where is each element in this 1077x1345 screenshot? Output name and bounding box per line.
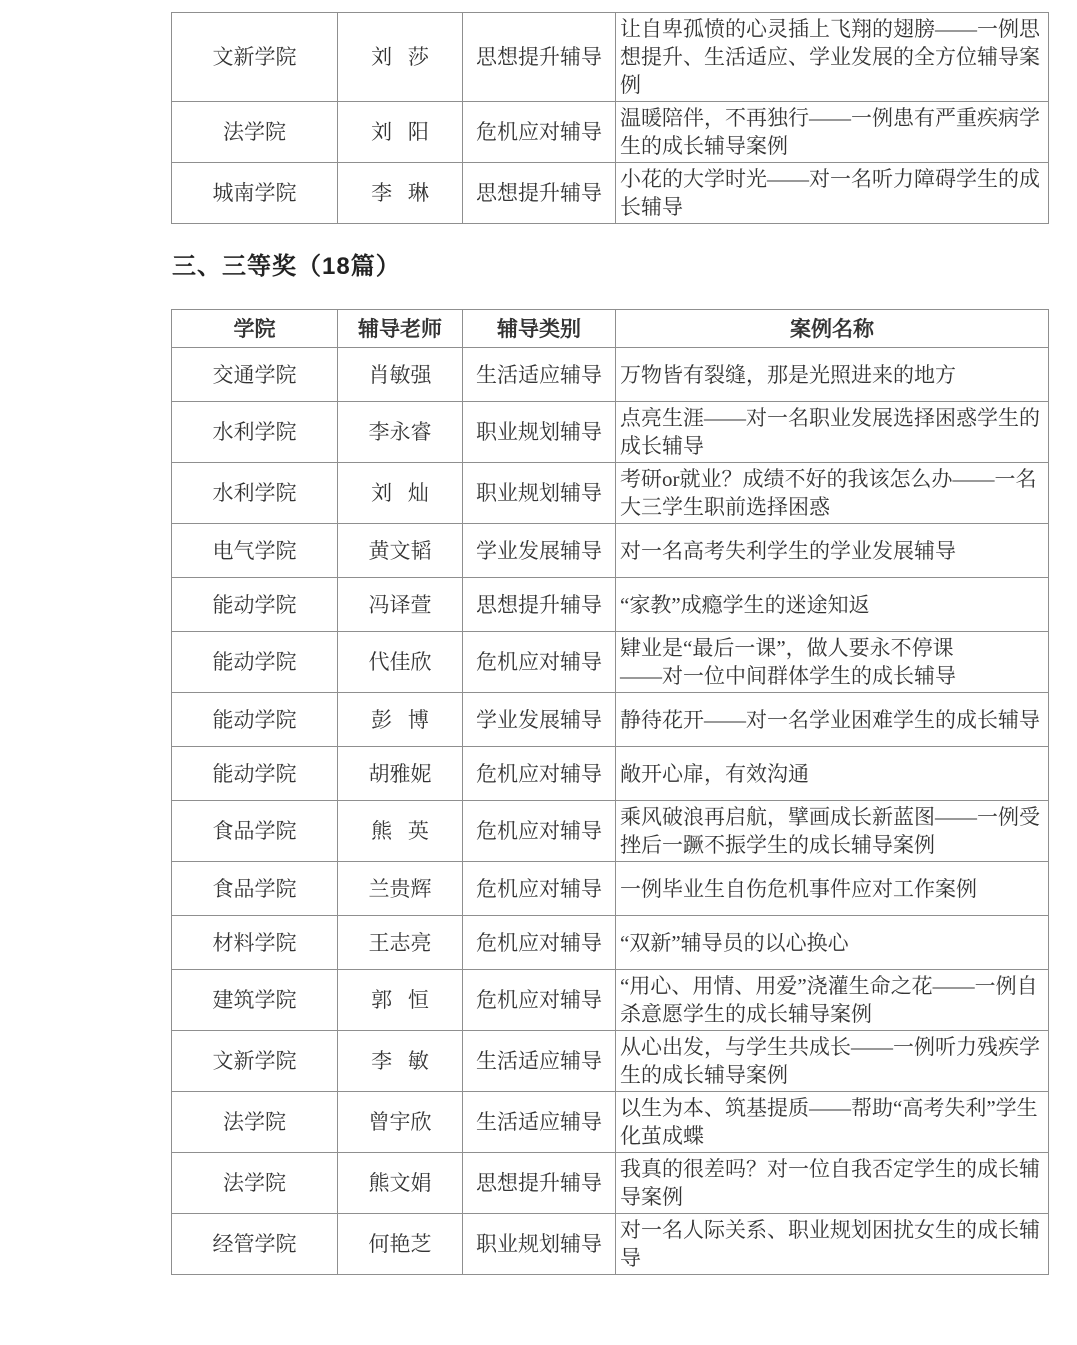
header-category: 辅导类别 — [463, 310, 616, 348]
table-row: 水利学院 李永睿 职业规划辅导 点亮生涯——对一名职业发展选择困惑学生的成长辅导 — [172, 402, 1049, 463]
case-name-cell: “用心、用情、用爱”浇灌生命之花——一例自杀意愿学生的成长辅导案例 — [616, 970, 1049, 1031]
college-cell: 材料学院 — [172, 916, 338, 970]
table-row: 法学院 曾宇欣 生活适应辅导 以生为本、筑基提质——帮助“高考失利”学生化茧成蝶 — [172, 1092, 1049, 1153]
table-row: 法学院 刘 阳 危机应对辅导 温暖陪伴，不再独行——一例患有严重疾病学生的成长辅… — [172, 102, 1049, 163]
case-name-cell: 从心出发，与学生共成长——一例听力残疾学生的成长辅导案例 — [616, 1031, 1049, 1092]
category-cell: 职业规划辅导 — [463, 463, 616, 524]
document-page: 文新学院 刘 莎 思想提升辅导 让自卑孤愤的心灵插上飞翔的翅膀——一例思想提升、… — [0, 0, 1077, 1345]
third-prize-table: 学院 辅导老师 辅导类别 案例名称 交通学院 肖敏强 生活适应辅导 万物皆有裂缝… — [171, 309, 1049, 1275]
table-row: 能动学院 彭 博 学业发展辅导 静待花开——对一名学业困难学生的成长辅导 — [172, 693, 1049, 747]
category-cell: 危机应对辅导 — [463, 970, 616, 1031]
case-name-cell: 一例毕业生自伤危机事件应对工作案例 — [616, 862, 1049, 916]
college-cell: 水利学院 — [172, 463, 338, 524]
teacher-cell: 肖敏强 — [338, 348, 463, 402]
college-cell: 法学院 — [172, 102, 338, 163]
college-cell: 水利学院 — [172, 402, 338, 463]
category-cell: 危机应对辅导 — [463, 916, 616, 970]
table-row: 能动学院 代佳欣 危机应对辅导 肄业是“最后一课”，做人要永不停课 ——对一位中… — [172, 632, 1049, 693]
table-row: 材料学院 王志亮 危机应对辅导 “双新”辅导员的以心换心 — [172, 916, 1049, 970]
table-row: 建筑学院 郭 恒 危机应对辅导 “用心、用情、用爱”浇灌生命之花——一例自杀意愿… — [172, 970, 1049, 1031]
college-cell: 城南学院 — [172, 163, 338, 224]
case-name-cell: 小花的大学时光——对一名听力障碍学生的成长辅导 — [616, 163, 1049, 224]
table-row: 食品学院 熊 英 危机应对辅导 乘风破浪再启航，擘画成长新蓝图——一例受挫后一蹶… — [172, 801, 1049, 862]
case-name-cell: 以生为本、筑基提质——帮助“高考失利”学生化茧成蝶 — [616, 1092, 1049, 1153]
case-name-cell: “双新”辅导员的以心换心 — [616, 916, 1049, 970]
table-row: 水利学院 刘 灿 职业规划辅导 考研or就业？成绩不好的我该怎么办——一名大三学… — [172, 463, 1049, 524]
teacher-cell: 冯译萱 — [338, 578, 463, 632]
category-cell: 思想提升辅导 — [463, 1153, 616, 1214]
teacher-cell: 代佳欣 — [338, 632, 463, 693]
category-cell: 危机应对辅导 — [463, 747, 616, 801]
college-cell: 文新学院 — [172, 1031, 338, 1092]
category-cell: 学业发展辅导 — [463, 524, 616, 578]
case-name-cell: 考研or就业？成绩不好的我该怎么办——一名大三学生职前选择困惑 — [616, 463, 1049, 524]
category-cell: 思想提升辅导 — [463, 578, 616, 632]
header-teacher: 辅导老师 — [338, 310, 463, 348]
category-cell: 职业规划辅导 — [463, 1214, 616, 1275]
teacher-cell: 李 琳 — [338, 163, 463, 224]
teacher-cell: 曾宇欣 — [338, 1092, 463, 1153]
table-row: 电气学院 黄文韬 学业发展辅导 对一名高考失利学生的学业发展辅导 — [172, 524, 1049, 578]
teacher-cell: 郭 恒 — [338, 970, 463, 1031]
case-name-cell: 我真的很差吗？对一位自我否定学生的成长辅导案例 — [616, 1153, 1049, 1214]
table-row: 经管学院 何艳芝 职业规划辅导 对一名人际关系、职业规划困扰女生的成长辅导 — [172, 1214, 1049, 1275]
table-row: 文新学院 李 敏 生活适应辅导 从心出发，与学生共成长——一例听力残疾学生的成长… — [172, 1031, 1049, 1092]
category-cell: 生活适应辅导 — [463, 1031, 616, 1092]
section-heading-third-prize: 三、三等奖（18篇） — [172, 246, 1048, 281]
table-row: 交通学院 肖敏强 生活适应辅导 万物皆有裂缝，那是光照进来的地方 — [172, 348, 1049, 402]
teacher-cell: 刘 莎 — [338, 13, 463, 102]
college-cell: 法学院 — [172, 1092, 338, 1153]
category-cell: 危机应对辅导 — [463, 102, 616, 163]
teacher-cell: 彭 博 — [338, 693, 463, 747]
table-row: 法学院 熊文娟 思想提升辅导 我真的很差吗？对一位自我否定学生的成长辅导案例 — [172, 1153, 1049, 1214]
case-name-cell: 敞开心扉，有效沟通 — [616, 747, 1049, 801]
teacher-cell: 李永睿 — [338, 402, 463, 463]
teacher-cell: 李 敏 — [338, 1031, 463, 1092]
case-name-cell: 万物皆有裂缝，那是光照进来的地方 — [616, 348, 1049, 402]
case-name-cell: 肄业是“最后一课”，做人要永不停课 ——对一位中间群体学生的成长辅导 — [616, 632, 1049, 693]
header-case-name: 案例名称 — [616, 310, 1049, 348]
college-cell: 食品学院 — [172, 862, 338, 916]
case-name-cell: 对一名高考失利学生的学业发展辅导 — [616, 524, 1049, 578]
college-cell: 文新学院 — [172, 13, 338, 102]
college-cell: 交通学院 — [172, 348, 338, 402]
college-cell: 建筑学院 — [172, 970, 338, 1031]
table-row: 文新学院 刘 莎 思想提升辅导 让自卑孤愤的心灵插上飞翔的翅膀——一例思想提升、… — [172, 13, 1049, 102]
college-cell: 能动学院 — [172, 747, 338, 801]
case-name-cell: 让自卑孤愤的心灵插上飞翔的翅膀——一例思想提升、生活适应、学业发展的全方位辅导案… — [616, 13, 1049, 102]
category-cell: 思想提升辅导 — [463, 13, 616, 102]
teacher-cell: 熊 英 — [338, 801, 463, 862]
table-row: 城南学院 李 琳 思想提升辅导 小花的大学时光——对一名听力障碍学生的成长辅导 — [172, 163, 1049, 224]
teacher-cell: 何艳芝 — [338, 1214, 463, 1275]
continued-awards-table: 文新学院 刘 莎 思想提升辅导 让自卑孤愤的心灵插上飞翔的翅膀——一例思想提升、… — [171, 12, 1049, 224]
teacher-cell: 王志亮 — [338, 916, 463, 970]
category-cell: 危机应对辅导 — [463, 862, 616, 916]
case-name-cell: 对一名人际关系、职业规划困扰女生的成长辅导 — [616, 1214, 1049, 1275]
case-name-cell: 乘风破浪再启航，擘画成长新蓝图——一例受挫后一蹶不振学生的成长辅导案例 — [616, 801, 1049, 862]
teacher-cell: 兰贵辉 — [338, 862, 463, 916]
table-row: 能动学院 冯译萱 思想提升辅导 “家教”成瘾学生的迷途知返 — [172, 578, 1049, 632]
table-row: 能动学院 胡雅妮 危机应对辅导 敞开心扉，有效沟通 — [172, 747, 1049, 801]
case-name-cell: “家教”成瘾学生的迷途知返 — [616, 578, 1049, 632]
college-cell: 法学院 — [172, 1153, 338, 1214]
college-cell: 电气学院 — [172, 524, 338, 578]
teacher-cell: 刘 灿 — [338, 463, 463, 524]
category-cell: 危机应对辅导 — [463, 801, 616, 862]
teacher-cell: 熊文娟 — [338, 1153, 463, 1214]
case-name-cell: 点亮生涯——对一名职业发展选择困惑学生的成长辅导 — [616, 402, 1049, 463]
college-cell: 能动学院 — [172, 632, 338, 693]
case-name-cell: 温暖陪伴，不再独行——一例患有严重疾病学生的成长辅导案例 — [616, 102, 1049, 163]
category-cell: 学业发展辅导 — [463, 693, 616, 747]
college-cell: 能动学院 — [172, 693, 338, 747]
table-header-row: 学院 辅导老师 辅导类别 案例名称 — [172, 310, 1049, 348]
category-cell: 生活适应辅导 — [463, 348, 616, 402]
category-cell: 思想提升辅导 — [463, 163, 616, 224]
college-cell: 经管学院 — [172, 1214, 338, 1275]
college-cell: 食品学院 — [172, 801, 338, 862]
category-cell: 危机应对辅导 — [463, 632, 616, 693]
category-cell: 职业规划辅导 — [463, 402, 616, 463]
college-cell: 能动学院 — [172, 578, 338, 632]
case-name-cell: 静待花开——对一名学业困难学生的成长辅导 — [616, 693, 1049, 747]
teacher-cell: 刘 阳 — [338, 102, 463, 163]
teacher-cell: 胡雅妮 — [338, 747, 463, 801]
header-college: 学院 — [172, 310, 338, 348]
table-row: 食品学院 兰贵辉 危机应对辅导 一例毕业生自伤危机事件应对工作案例 — [172, 862, 1049, 916]
teacher-cell: 黄文韬 — [338, 524, 463, 578]
category-cell: 生活适应辅导 — [463, 1092, 616, 1153]
